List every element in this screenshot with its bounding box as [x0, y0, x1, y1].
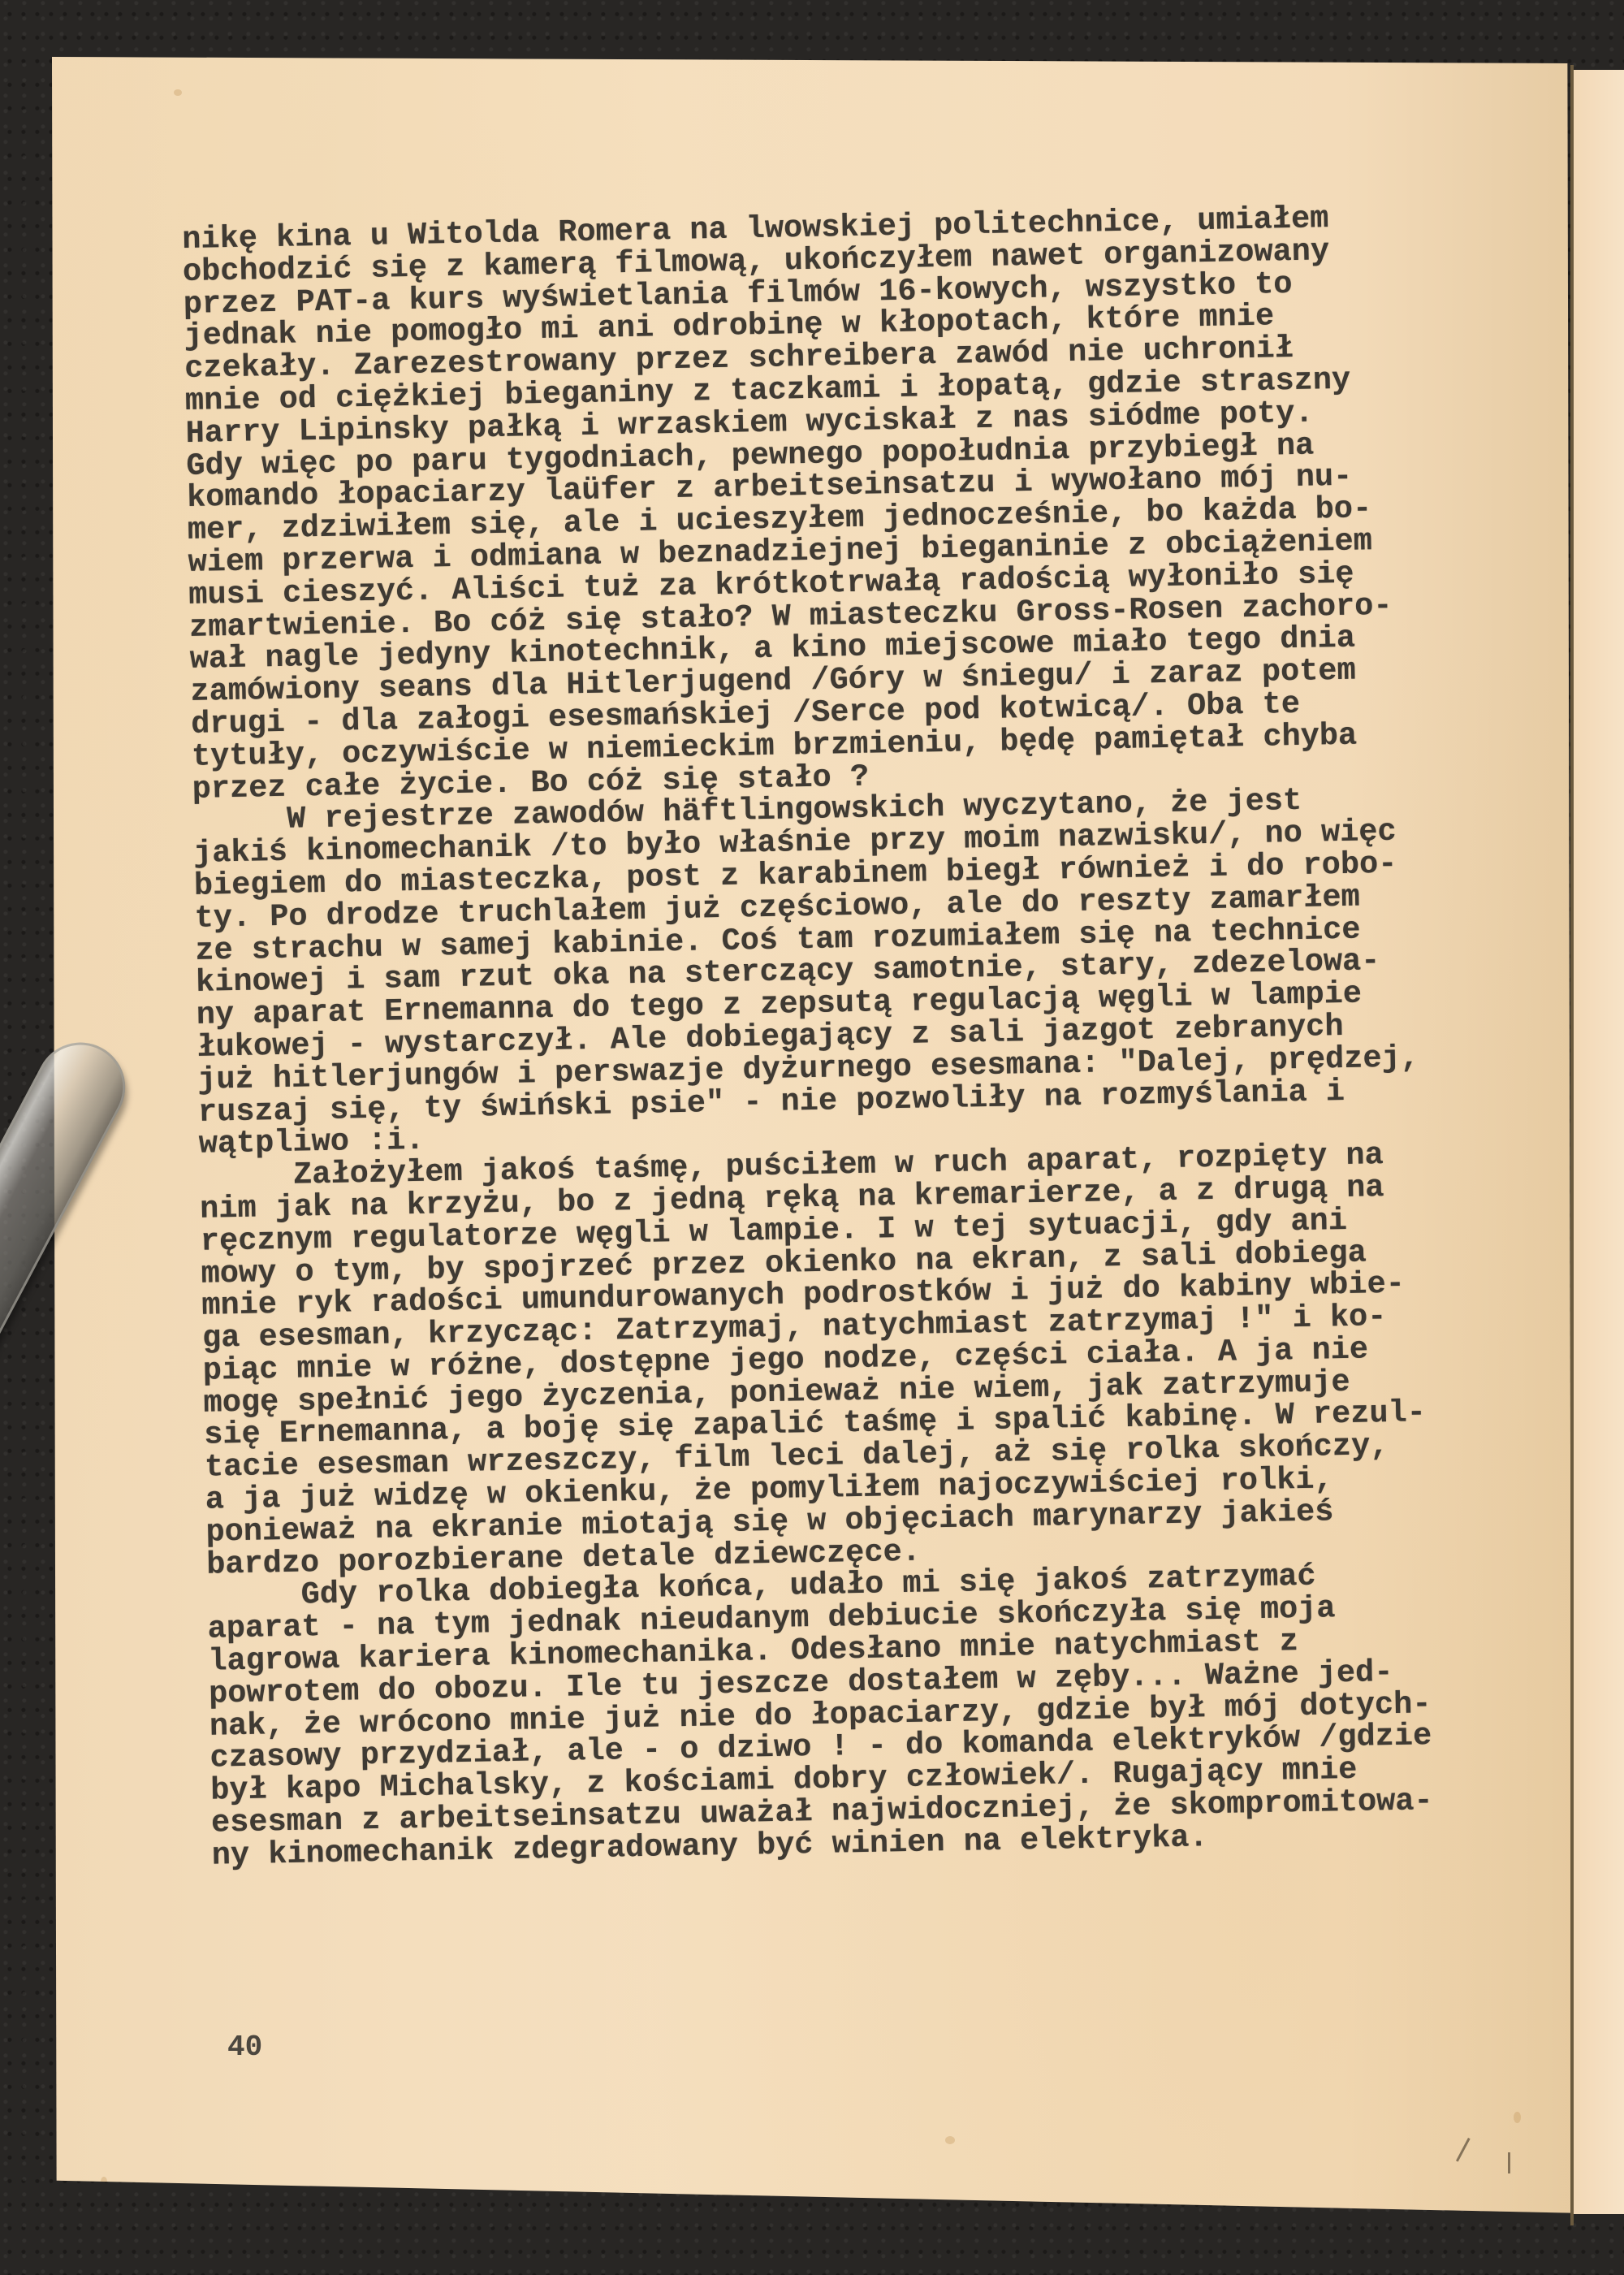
page-gutter-shadow [1570, 65, 1574, 2225]
scanned-page-photo: nikę kina u Witolda Romera na lwowskiej … [0, 0, 1624, 2275]
adjacent-page-edge [1574, 70, 1624, 2214]
paper-stain [101, 2177, 107, 2186]
paper-stain [1514, 2112, 1521, 2123]
pencil-mark [1508, 2152, 1510, 2173]
page-number: 40 [227, 2031, 262, 2064]
typewritten-text: nikę kina u Witolda Romera na lwowskiej … [182, 201, 1479, 1872]
paper-stain [945, 2136, 955, 2144]
paper-stain [174, 89, 182, 96]
